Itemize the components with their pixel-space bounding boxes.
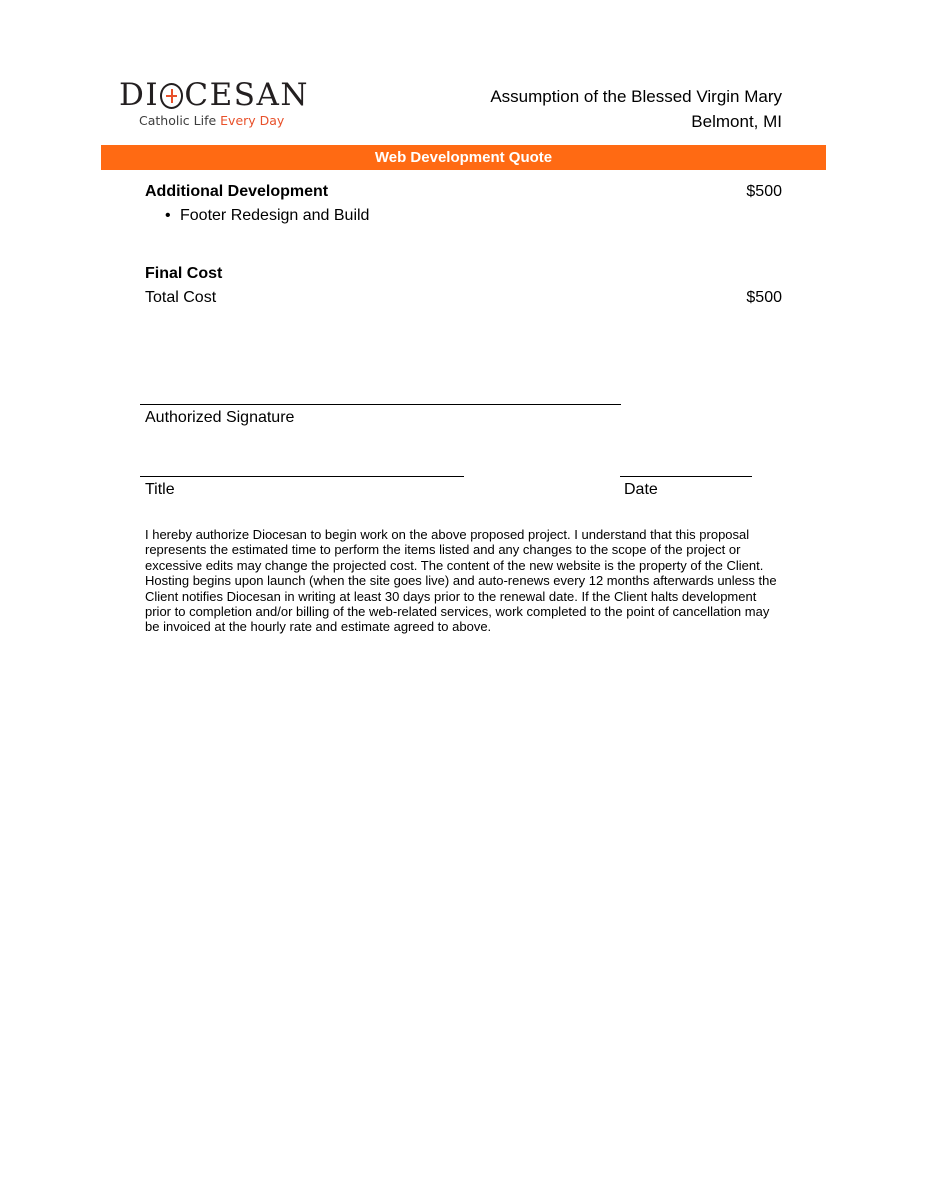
quote-banner: Web Development Quote <box>101 145 826 170</box>
authorized-signature-label: Authorized Signature <box>145 408 294 428</box>
total-cost-value: $500 <box>746 286 782 310</box>
logo-word-right: CESAN <box>184 78 309 112</box>
total-cost-label: Total Cost <box>145 286 216 310</box>
section-heading: Additional Development <box>145 180 328 204</box>
list-item: • Footer Redesign and Build <box>145 204 782 228</box>
parish-location: Belmont, MI <box>490 109 782 134</box>
parish-name: Assumption of the Blessed Virgin Mary <box>490 84 782 109</box>
diocesan-logo: DI CESAN Catholic Life Every Day <box>119 78 309 128</box>
date-label: Date <box>624 480 658 500</box>
section-price: $500 <box>746 180 782 204</box>
tagline-plain: Catholic Life <box>139 113 220 128</box>
section-heading: Final Cost <box>145 262 222 286</box>
logo-wordmark: DI CESAN <box>119 78 309 112</box>
additional-development-section: Additional Development $500 • Footer Red… <box>145 180 782 228</box>
authorization-terms: I hereby authorize Diocesan to begin wor… <box>145 527 785 635</box>
logo-word-left: DI <box>119 78 159 112</box>
cross-in-circle-icon <box>160 83 183 109</box>
logo-tagline: Catholic Life Every Day <box>139 113 309 128</box>
final-cost-section: Final Cost Total Cost $500 <box>145 262 782 310</box>
list-item-label: Footer Redesign and Build <box>180 204 369 228</box>
bullet-icon: • <box>165 204 180 228</box>
tagline-accent: Every Day <box>220 113 284 128</box>
client-info: Assumption of the Blessed Virgin Mary Be… <box>490 84 782 134</box>
authorized-signature-line[interactable] <box>140 404 621 405</box>
date-line[interactable] <box>620 476 752 477</box>
title-line[interactable] <box>140 476 464 477</box>
title-label: Title <box>145 480 175 500</box>
